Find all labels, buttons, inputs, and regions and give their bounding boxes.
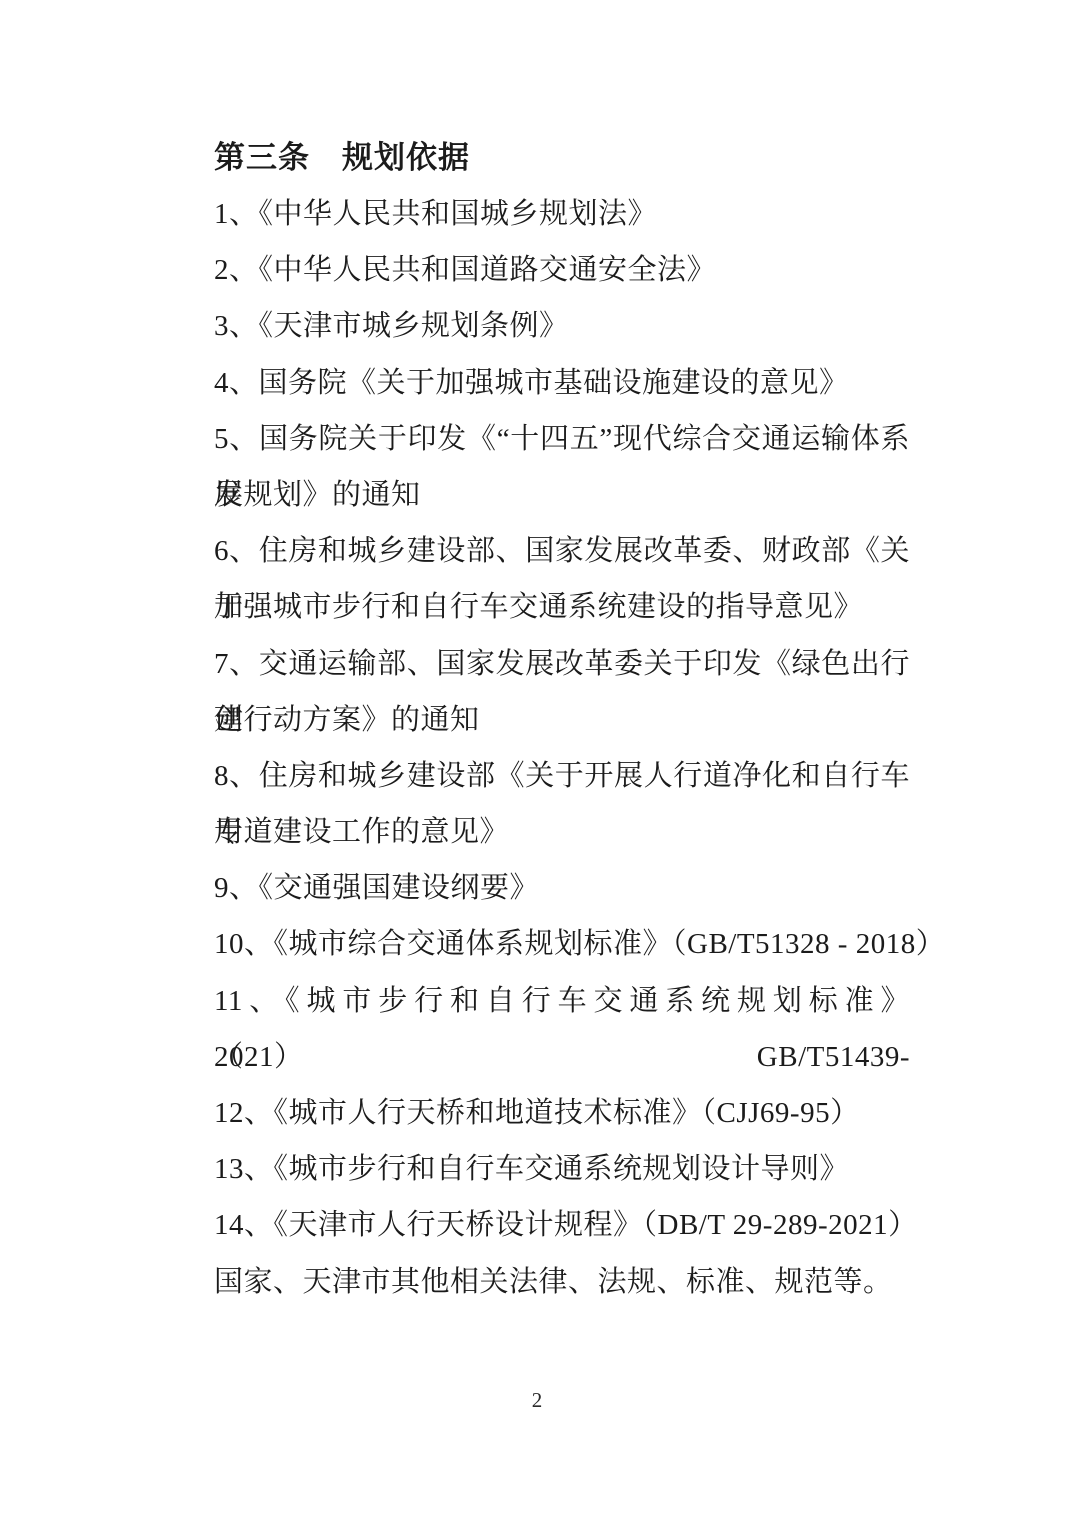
document-page: 第三条规划依据 1、《中华人民共和国城乡规划法》2、《中华人民共和国道路交通安全…: [0, 0, 1074, 1520]
reference-line: 11、《城市步行和自行车交通系统规划标准》（GB/T51439-: [214, 973, 910, 1029]
reference-item: 14、《天津市人行天桥设计规程》（DB/T 29-289-2021）: [214, 1197, 910, 1253]
reference-line: 6、住房和城乡建设部、国家发展改革委、财政部《关于: [214, 523, 910, 579]
reference-line: 建行动方案》的通知: [214, 692, 910, 748]
reference-line: 13、《城市步行和自行车交通系统规划设计导则》: [214, 1141, 910, 1197]
reference-list: 1、《中华人民共和国城乡规划法》2、《中华人民共和国道路交通安全法》3、《天津市…: [214, 186, 910, 1310]
document-body: 第三条规划依据 1、《中华人民共和国城乡规划法》2、《中华人民共和国道路交通安全…: [214, 130, 910, 1310]
reference-line: 展规划》的通知: [214, 467, 910, 523]
reference-line: 3、《天津市城乡规划条例》: [214, 298, 910, 354]
reference-line: 1、《中华人民共和国城乡规划法》: [214, 186, 910, 242]
reference-line: 用道建设工作的意见》: [214, 804, 910, 860]
article-heading: 第三条规划依据: [214, 130, 910, 186]
reference-line: 14、《天津市人行天桥设计规程》（DB/T 29-289-2021）: [214, 1197, 910, 1253]
reference-line: 加强城市步行和自行车交通系统建设的指导意见》: [214, 579, 910, 635]
reference-line: 5、国务院关于印发《“十四五”现代综合交通运输体系发: [214, 411, 910, 467]
reference-item: 3、《天津市城乡规划条例》: [214, 298, 910, 354]
page-number: 2: [0, 1383, 1074, 1417]
reference-item: 12、《城市人行天桥和地道技术标准》（CJJ69-95）: [214, 1085, 910, 1141]
reference-item: 2、《中华人民共和国道路交通安全法》: [214, 242, 910, 298]
reference-line: 国家、天津市其他相关法律、法规、标准、规范等。: [214, 1254, 910, 1310]
reference-item: 13、《城市步行和自行车交通系统规划设计导则》: [214, 1141, 910, 1197]
reference-line: 2、《中华人民共和国道路交通安全法》: [214, 242, 910, 298]
reference-line: 4、国务院《关于加强城市基础设施建设的意见》: [214, 355, 910, 411]
reference-item: 11、《城市步行和自行车交通系统规划标准》（GB/T51439-2021）: [214, 973, 910, 1085]
reference-line: 8、住房和城乡建设部《关于开展人行道净化和自行车专: [214, 748, 910, 804]
reference-item: 1、《中华人民共和国城乡规划法》: [214, 186, 910, 242]
article-number: 第三条: [214, 140, 310, 175]
reference-item: 6、住房和城乡建设部、国家发展改革委、财政部《关于加强城市步行和自行车交通系统建…: [214, 523, 910, 635]
reference-line: 7、交通运输部、国家发展改革委关于印发《绿色出行创: [214, 636, 910, 692]
reference-item: 4、国务院《关于加强城市基础设施建设的意见》: [214, 355, 910, 411]
reference-item: 5、国务院关于印发《“十四五”现代综合交通运输体系发展规划》的通知: [214, 411, 910, 523]
reference-item: 国家、天津市其他相关法律、法规、标准、规范等。: [214, 1254, 910, 1310]
reference-item: 7、交通运输部、国家发展改革委关于印发《绿色出行创建行动方案》的通知: [214, 636, 910, 748]
reference-line: 10、《城市综合交通体系规划标准》（GB/T51328 - 2018）: [214, 916, 910, 972]
reference-item: 9、《交通强国建设纲要》: [214, 860, 910, 916]
article-title: 规划依据: [342, 140, 470, 175]
reference-line: 12、《城市人行天桥和地道技术标准》（CJJ69-95）: [214, 1085, 910, 1141]
reference-item: 8、住房和城乡建设部《关于开展人行道净化和自行车专用道建设工作的意见》: [214, 748, 910, 860]
reference-item: 10、《城市综合交通体系规划标准》（GB/T51328 - 2018）: [214, 916, 910, 972]
reference-line: 9、《交通强国建设纲要》: [214, 860, 910, 916]
